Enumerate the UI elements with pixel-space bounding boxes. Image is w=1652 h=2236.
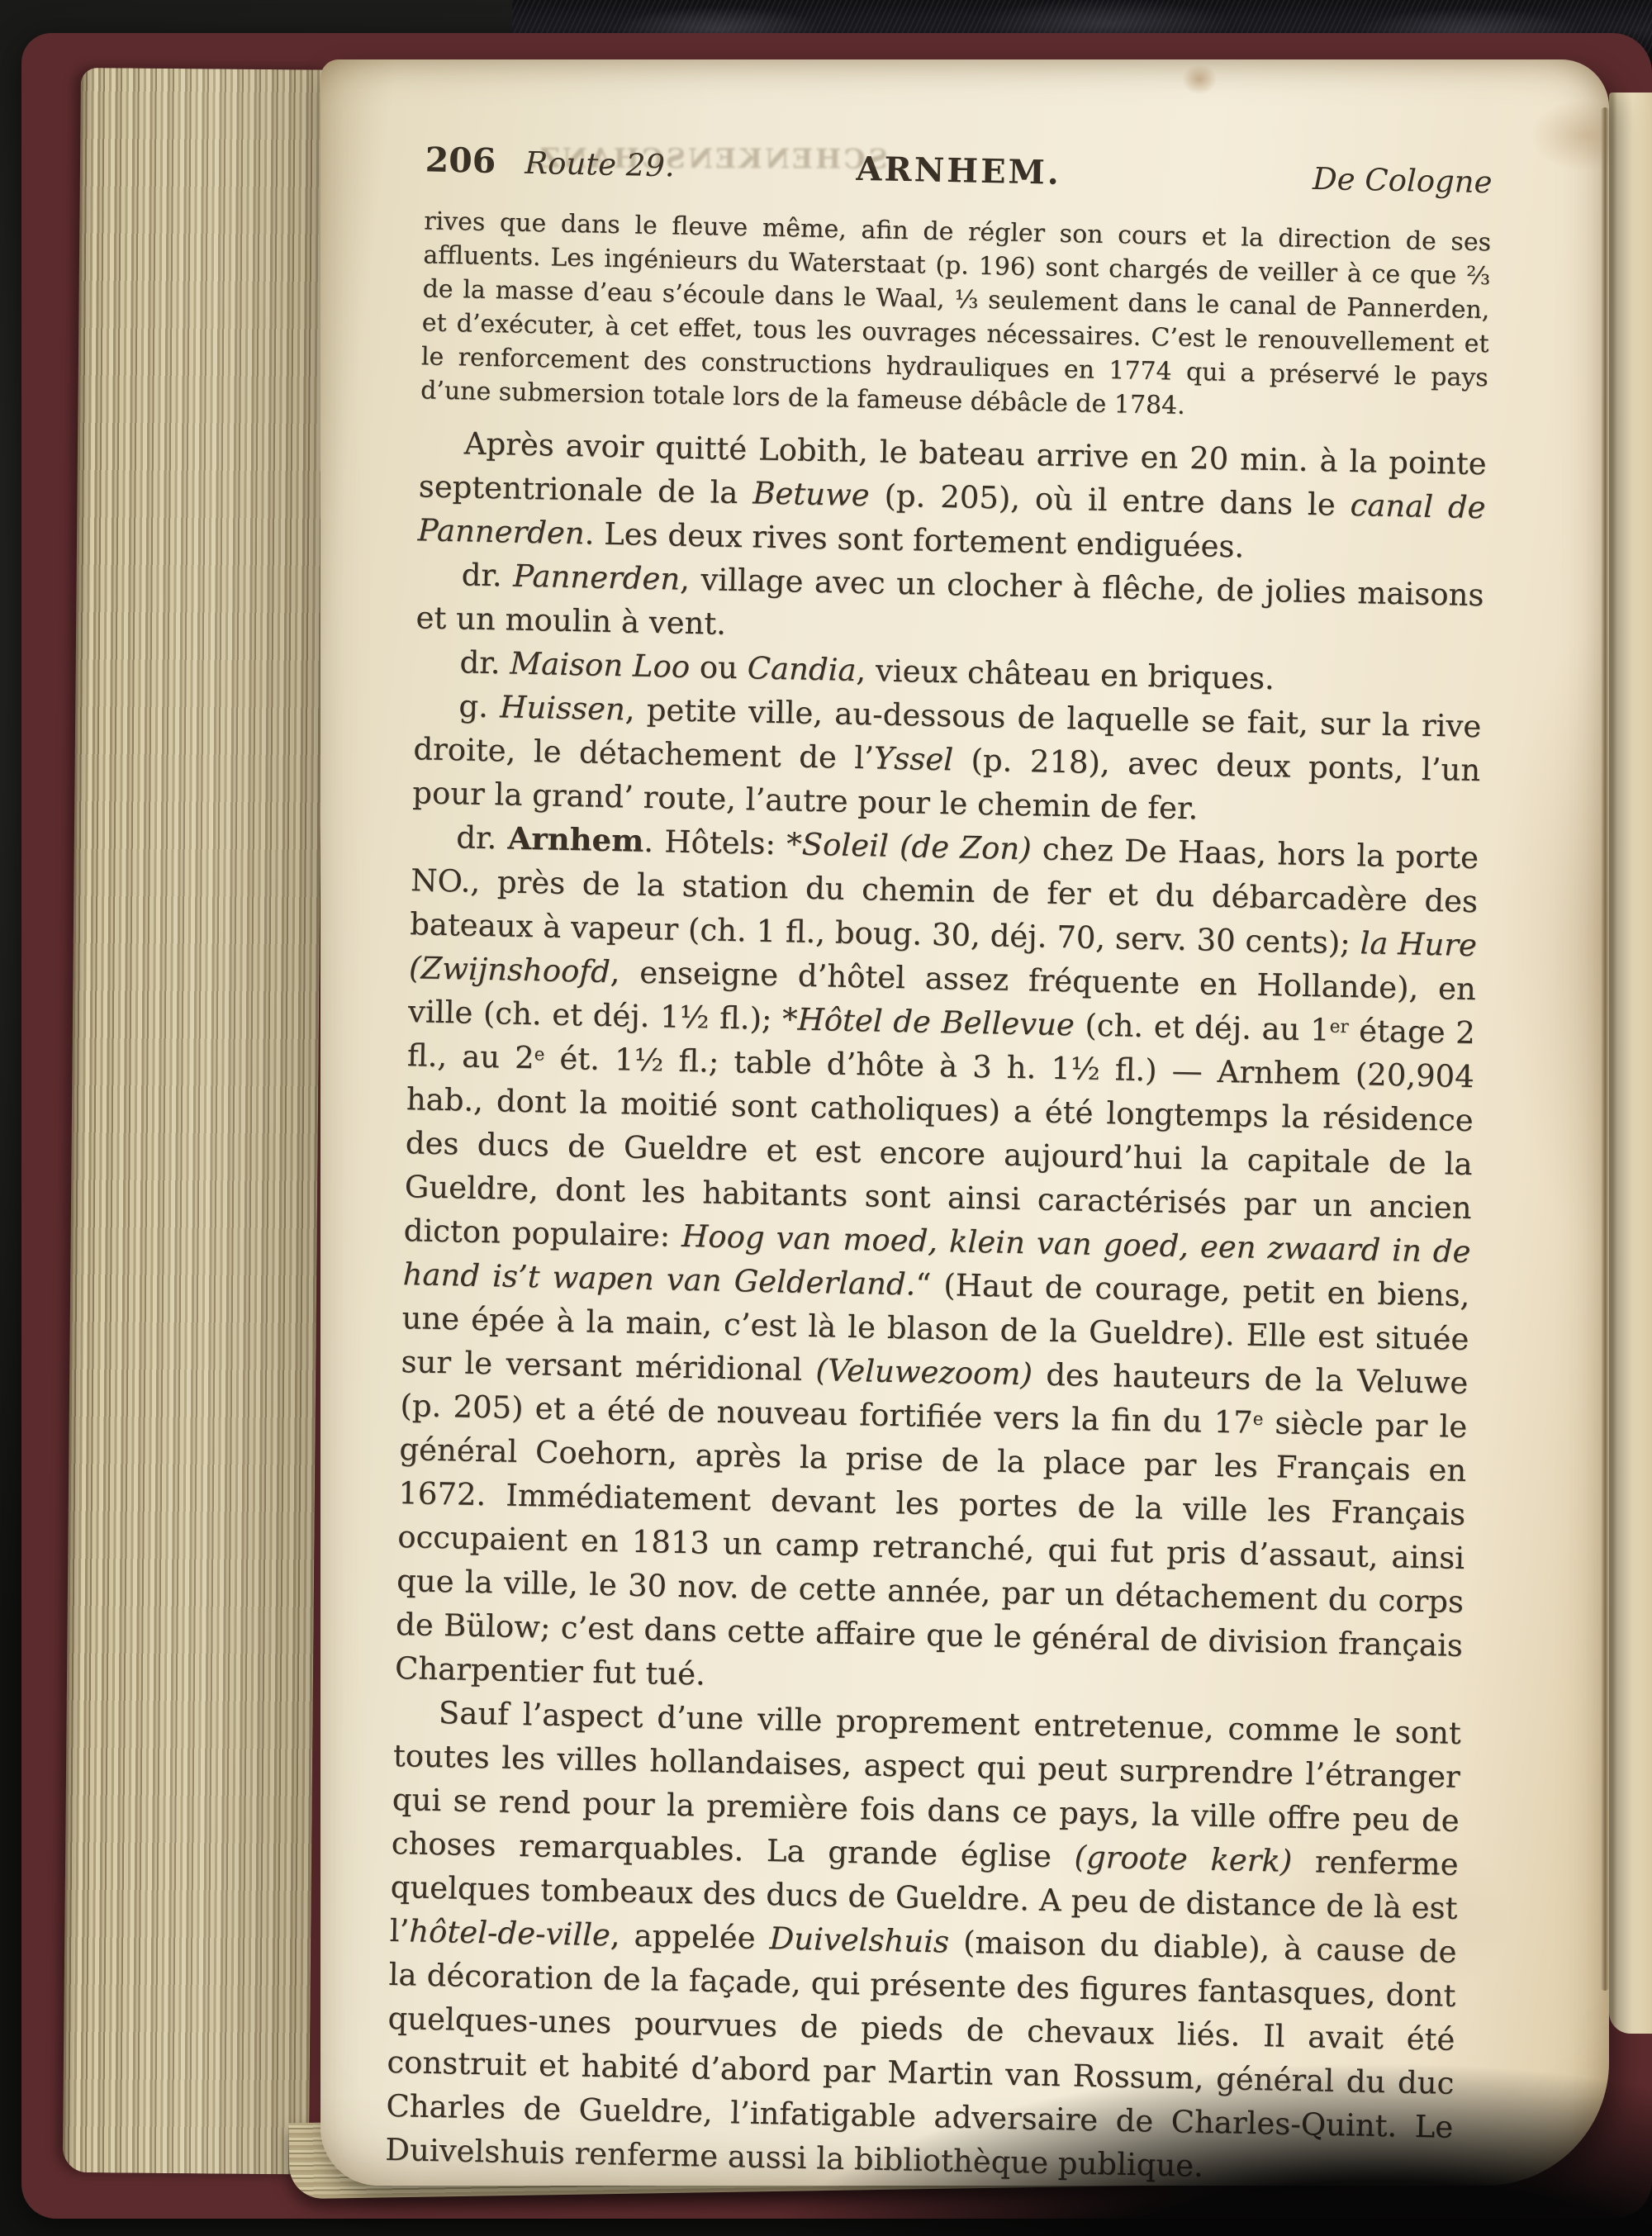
- ghost-showthrough-text: SCHENKENSCHANZ.: [526, 142, 888, 175]
- page-text: rives que dans le fleuve même, afin de r…: [385, 204, 1492, 2192]
- page-seam: [1601, 107, 1609, 1991]
- book-photo: SCHENKENSCHANZ. 206 Route 29. ARNHEM. De…: [0, 0, 1652, 2236]
- text-segment: Candia: [747, 650, 857, 688]
- text-segment: hôtel-de-ville: [409, 1913, 610, 1953]
- text-segment: ou: [690, 649, 748, 686]
- text-segment: dr.: [459, 644, 510, 681]
- text-segment: Arnhem: [507, 820, 644, 859]
- page-surface: SCHENKENSCHANZ. 206 Route 29. ARNHEM. De…: [279, 59, 1610, 2210]
- next-page-edge: [1609, 93, 1652, 2034]
- text-segment: . Hôtels: *: [643, 824, 802, 862]
- text-segment: g.: [458, 688, 501, 724]
- paragraph: rives que dans le fleuve même, afin de r…: [420, 204, 1492, 429]
- text-segment: ét. 1¹⁄₂ fl.; table d’hôte à 3 h. 1¹⁄₂ f…: [403, 1040, 1474, 1253]
- text-segment: Maison Loo: [510, 646, 691, 685]
- text-segment: rives que dans le fleuve même, afin de r…: [420, 207, 1492, 420]
- text-segment: (Veluwezoom): [815, 1352, 1032, 1392]
- text-segment: Soleil (de Zon): [801, 827, 1032, 867]
- page-number: 206: [425, 140, 496, 181]
- text-segment: (ch. et déj. au 1: [1074, 1007, 1330, 1047]
- text-segment: Betuwe: [752, 475, 870, 513]
- text-segment: er: [1330, 1017, 1349, 1037]
- text-segment: dr.: [456, 819, 508, 856]
- text-segment: Pannerden: [513, 558, 681, 597]
- paragraph: Après avoir quitté Lobith, le bateau arr…: [417, 420, 1487, 573]
- paragraph: g. Huissen, petite ville, au-dessous de …: [412, 683, 1482, 836]
- paragraph: dr. Arnhem. Hôtels: *Soleil (de Zon) che…: [395, 814, 1479, 1711]
- text-segment: Yssel: [873, 740, 953, 777]
- text-segment: (maison du diable), à cause de la décora…: [385, 1925, 1457, 2184]
- text-segment: Huissen: [500, 689, 625, 727]
- text-segment: (p. 205), où il entre dans le: [869, 477, 1351, 523]
- book-page: SCHENKENSCHANZ. 206 Route 29. ARNHEM. De…: [320, 59, 1609, 2186]
- text-segment: , vieux château en briques.: [856, 653, 1275, 696]
- text-segment: siècle par le général Coehorn, après la …: [395, 1405, 1468, 1692]
- text-segment: dr.: [461, 557, 513, 593]
- text-segment: (groote kerk): [1074, 1840, 1292, 1879]
- text-segment: , appelée: [610, 1917, 770, 1956]
- header-right-runner: De Cologne: [1313, 161, 1493, 200]
- text-segment: e: [534, 1045, 545, 1066]
- text-segment: Duivelshuis: [769, 1920, 949, 1959]
- text-segment: e: [1252, 1409, 1263, 1430]
- paragraph: Sauf l’aspect d’une ville proprement ent…: [385, 1690, 1461, 2193]
- text-segment: Hôtel de Bellevue: [797, 1002, 1075, 1043]
